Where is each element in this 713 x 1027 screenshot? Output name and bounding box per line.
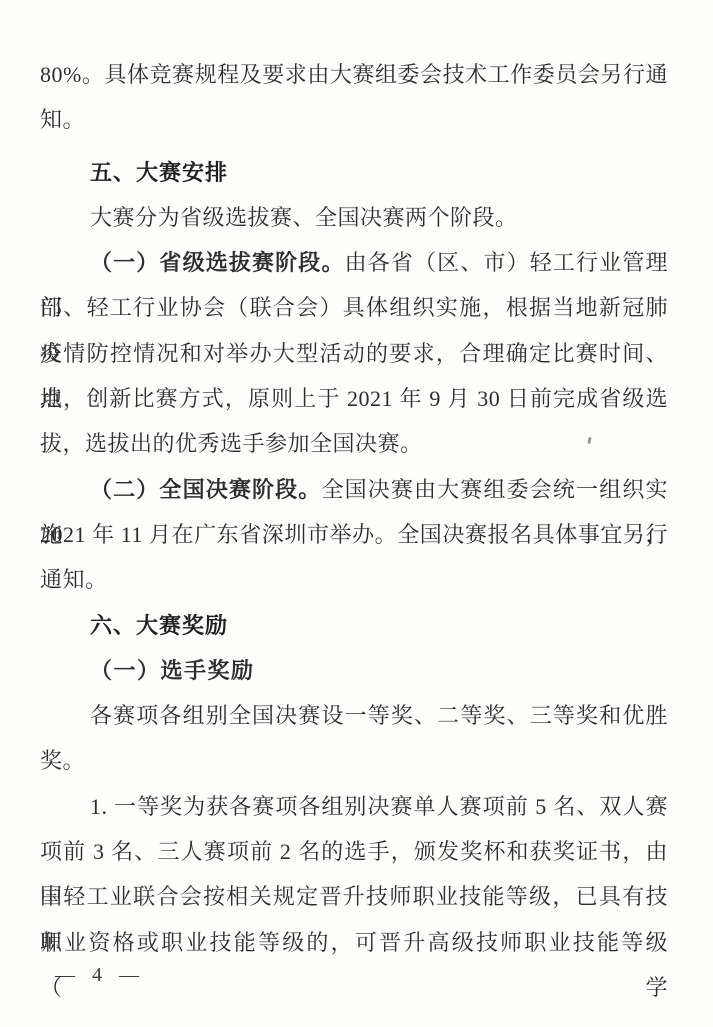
body-line: 2021 年 11 月在广东省深圳市举办。全国决赛报名具体事宜另行 <box>40 512 668 557</box>
body-line: 大赛分为省级选拔赛、全国决赛两个阶段。 <box>40 195 668 240</box>
body-line: 80%。具体竞赛规程及要求由大赛组委会技术工作委员会另行通 <box>40 52 668 97</box>
body-line: 门、轻工行业协会（联合会）具体组织实施，根据当地新冠肺炎 <box>40 285 668 330</box>
paragraph-lead-provincial-stage: （一）省级选拔赛阶段。 <box>90 250 345 275</box>
body-line: 国轻工业联合会按相关规定晋升技师职业技能等级，已具有技师 <box>40 874 668 919</box>
section-heading-6-competition-awards: 六、大赛奖励 <box>40 603 668 648</box>
body-line: 知。 <box>40 97 668 142</box>
paragraph-lead-national-final-stage: （二）全国决赛阶段。 <box>90 477 321 502</box>
body-line: 拔，选拔出的优秀选手参加全国决赛。 <box>40 421 668 466</box>
body-line: 项前 3 名、三人赛项前 2 名的选手，颁发奖杯和获奖证书，由中 <box>40 829 668 874</box>
body-line: 1. 一等奖为获各赛项各组别决赛单人赛项前 5 名、双人赛 <box>40 784 668 829</box>
body-line: 疫情防控情况和对举办大型活动的要求，合理确定比赛时间、地 <box>40 331 668 376</box>
section-heading-5-competition-schedule: 五、大赛安排 <box>40 150 668 195</box>
document-text-block: 80%。具体竞赛规程及要求由大赛组委会技术工作委员会另行通 知。 五、大赛安排 … <box>40 52 668 965</box>
body-line: 各赛项各组别全国决赛设一等奖、二等奖、三等奖和优胜 <box>40 693 668 738</box>
body-line: 职业资格或职业技能等级的，可晋升高级技师职业技能等级（学 <box>40 920 668 965</box>
body-line: 通知。 <box>40 557 668 602</box>
body-line: 奖。 <box>40 738 668 783</box>
page-number: — 4 — <box>55 960 145 990</box>
body-line: 点，创新比赛方式，原则上于 2021 年 9 月 30 日前完成省级选 <box>40 376 668 421</box>
body-line: （二）全国决赛阶段。全国决赛由大赛组委会统一组织实施， <box>40 467 668 512</box>
sub-heading-contestant-awards: （一）选手奖励 <box>40 648 668 693</box>
body-line: （一）省级选拔赛阶段。由各省（区、市）轻工行业管理部 <box>40 240 668 285</box>
document-page: 80%。具体竞赛规程及要求由大赛组委会技术工作委员会另行通 知。 五、大赛安排 … <box>0 0 713 1027</box>
